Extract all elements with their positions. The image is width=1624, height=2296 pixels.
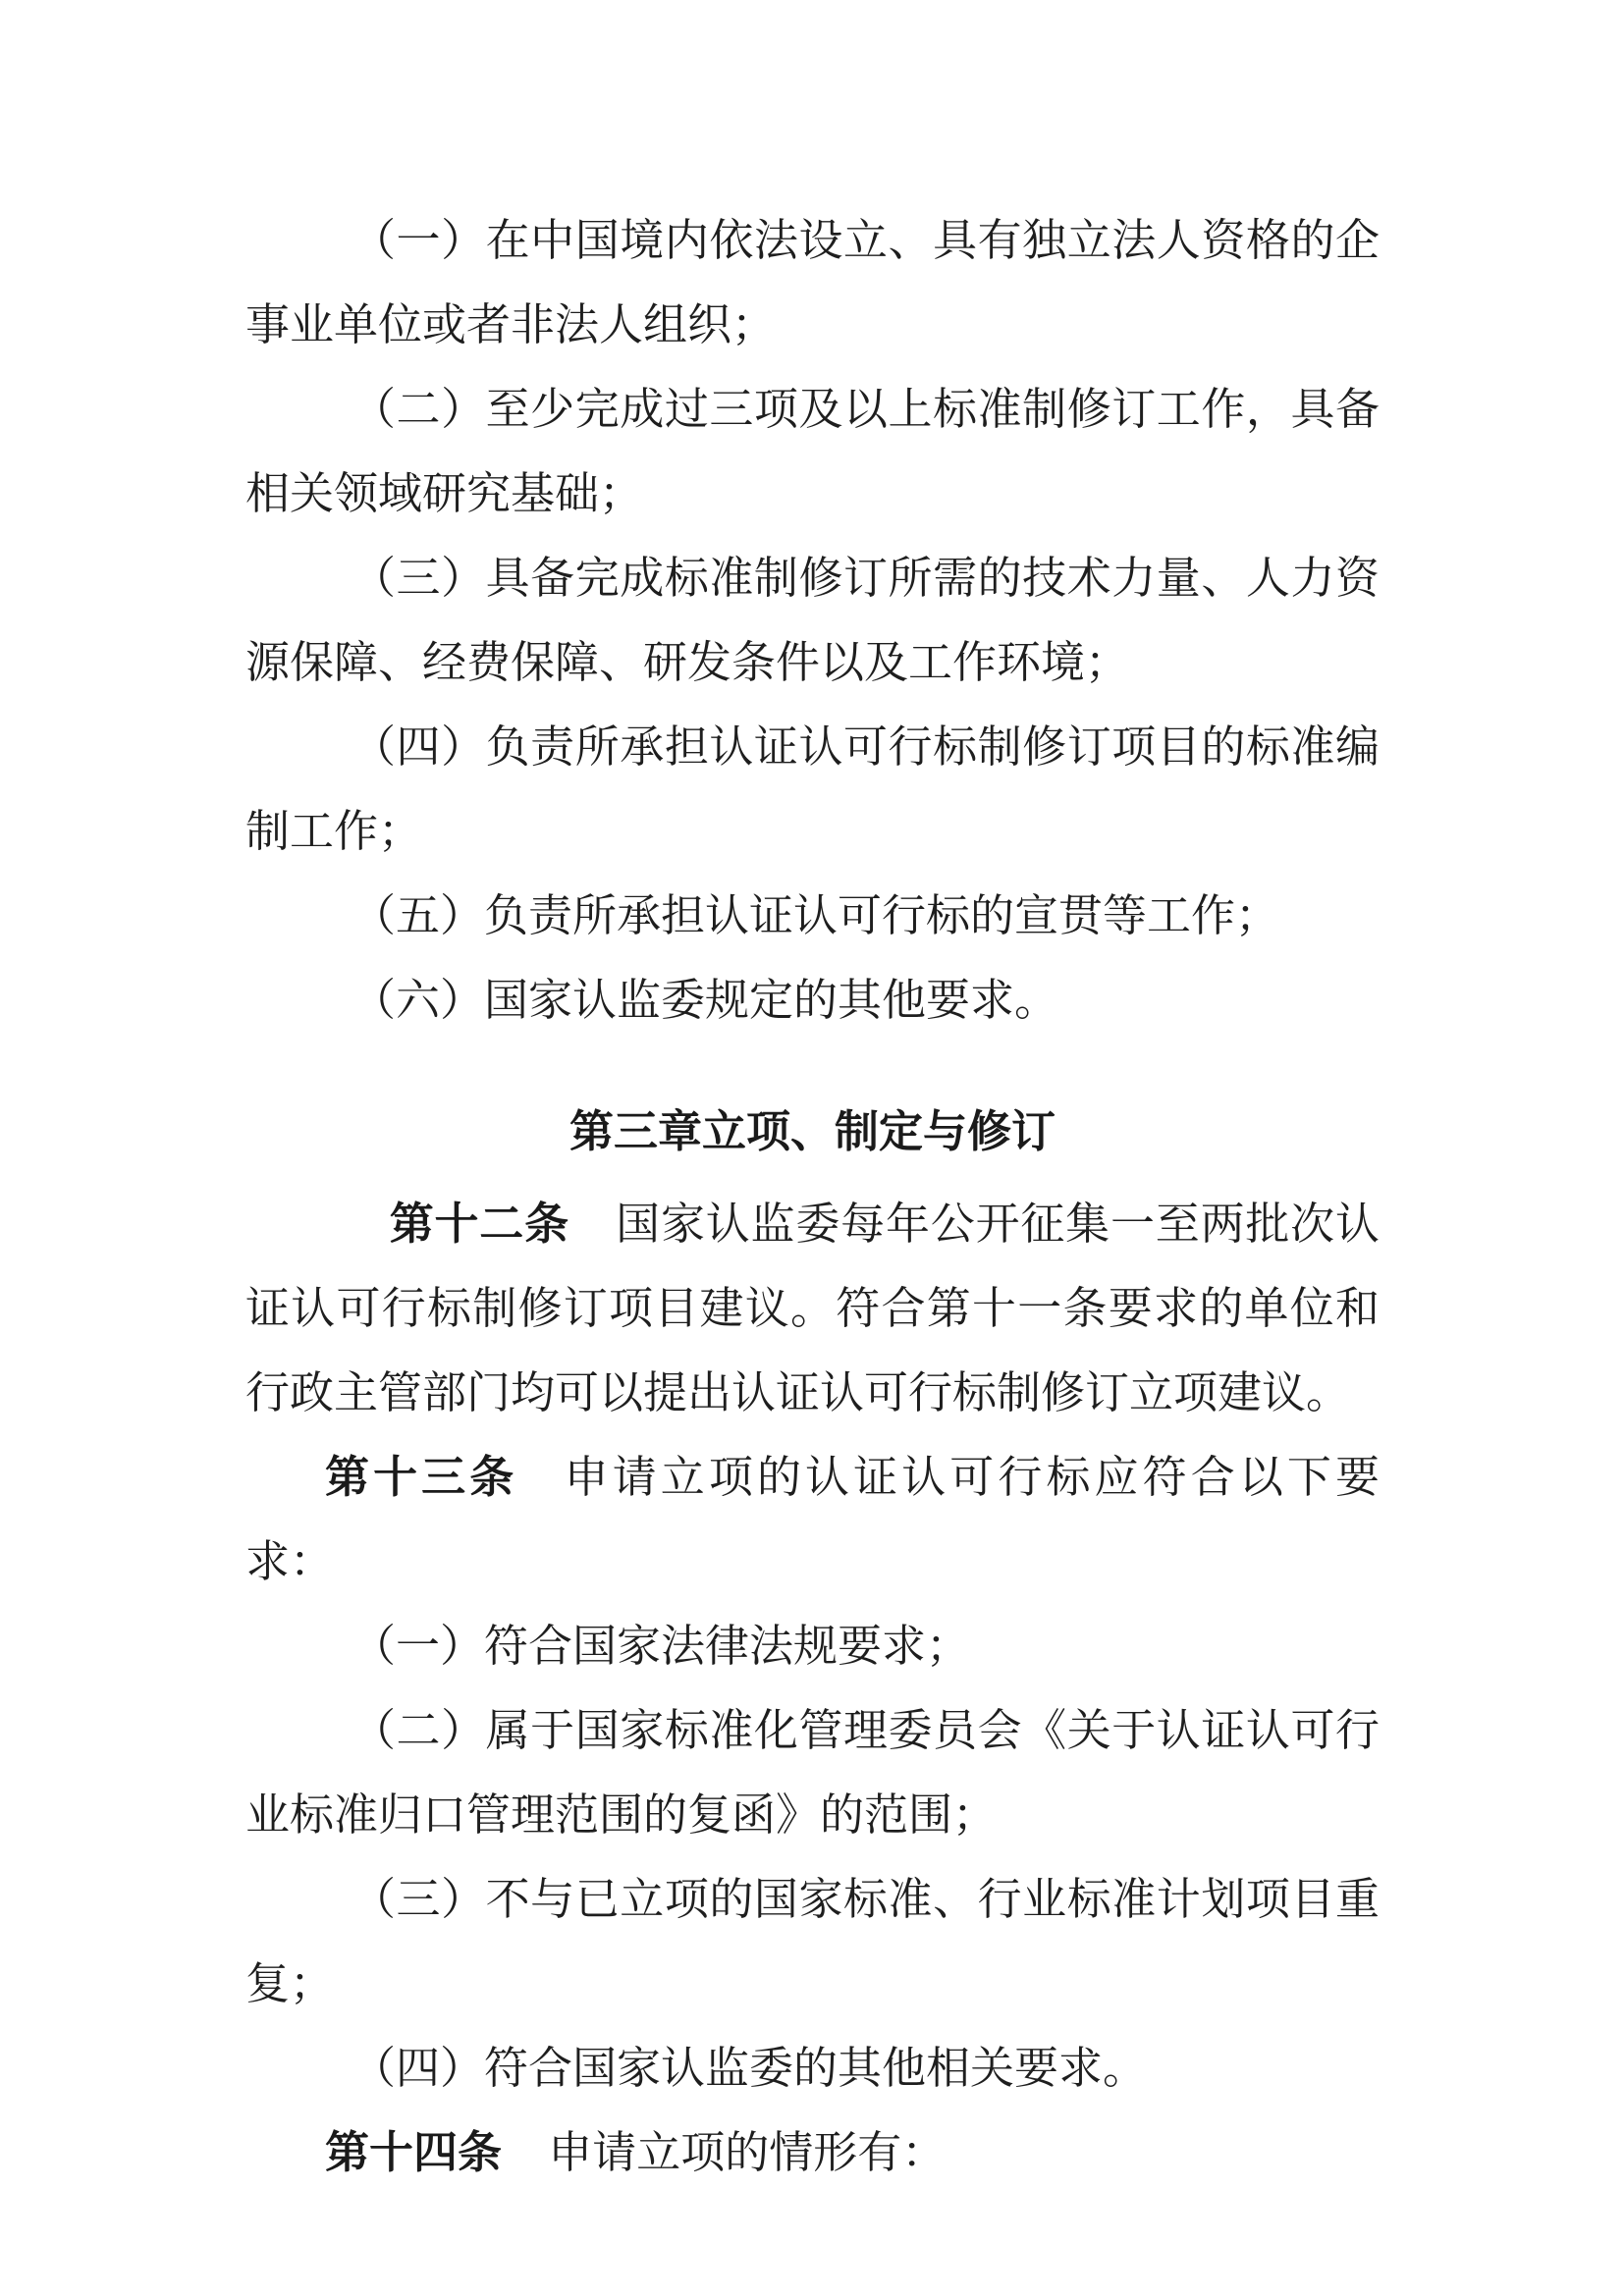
clause-11-2: （二）至少完成过三项及以上标准制修订工作，具备相关领域研究基础； bbox=[245, 367, 1380, 536]
clause-13-2: （二）属于国家标准化管理委员会《关于认证认可行业标准归口管理范围的复函》的范围； bbox=[245, 1688, 1380, 1857]
clause-13-1: （一）符合国家法律法规要求； bbox=[245, 1604, 1380, 1688]
clause-13-4: （四）符合国家认监委的其他相关要求。 bbox=[245, 2026, 1380, 2110]
document-page: （一）在中国境内依法设立、具有独立法人资格的企事业单位或者非法人组织； （二）至… bbox=[0, 0, 1624, 2296]
article-13-label: 第十三条 bbox=[325, 1452, 517, 1502]
clause-11-3: （三）具备完成标准制修订所需的技术力量、人力资源保障、经费保障、研发条件以及工作… bbox=[245, 536, 1380, 705]
article-14-text: 申请立项的情形有： bbox=[548, 2128, 946, 2177]
clause-11-6: （六）国家认监委规定的其他要求。 bbox=[245, 958, 1380, 1042]
chapter-heading: 第三章立项、制定与修订 bbox=[245, 1090, 1380, 1174]
article-14-label: 第十四条 bbox=[325, 2127, 502, 2177]
document-body: （一）在中国境内依法设立、具有独立法人资格的企事业单位或者非法人组织； （二）至… bbox=[245, 198, 1380, 2195]
clause-11-4: （四）负责所承担认证认可行标制修订项目的标准编制工作； bbox=[245, 705, 1380, 874]
clause-11-5: （五）负责所承担认证认可行标的宣贯等工作； bbox=[245, 874, 1380, 958]
clause-13-3: （三）不与已立项的国家标准、行业标准计划项目重复； bbox=[245, 1857, 1380, 2026]
article-12-label: 第十二条 bbox=[390, 1199, 569, 1249]
article-13: 第十三条申请立项的认证认可行标应符合以下要求： bbox=[245, 1435, 1380, 1604]
clause-11-1: （一）在中国境内依法设立、具有独立法人资格的企事业单位或者非法人组织； bbox=[245, 198, 1380, 367]
article-12: 第十二条国家认监委每年公开征集一至两批次认证认可行标制修订项目建议。符合第十一条… bbox=[245, 1182, 1380, 1435]
article-14: 第十四条申请立项的情形有： bbox=[245, 2110, 1380, 2195]
